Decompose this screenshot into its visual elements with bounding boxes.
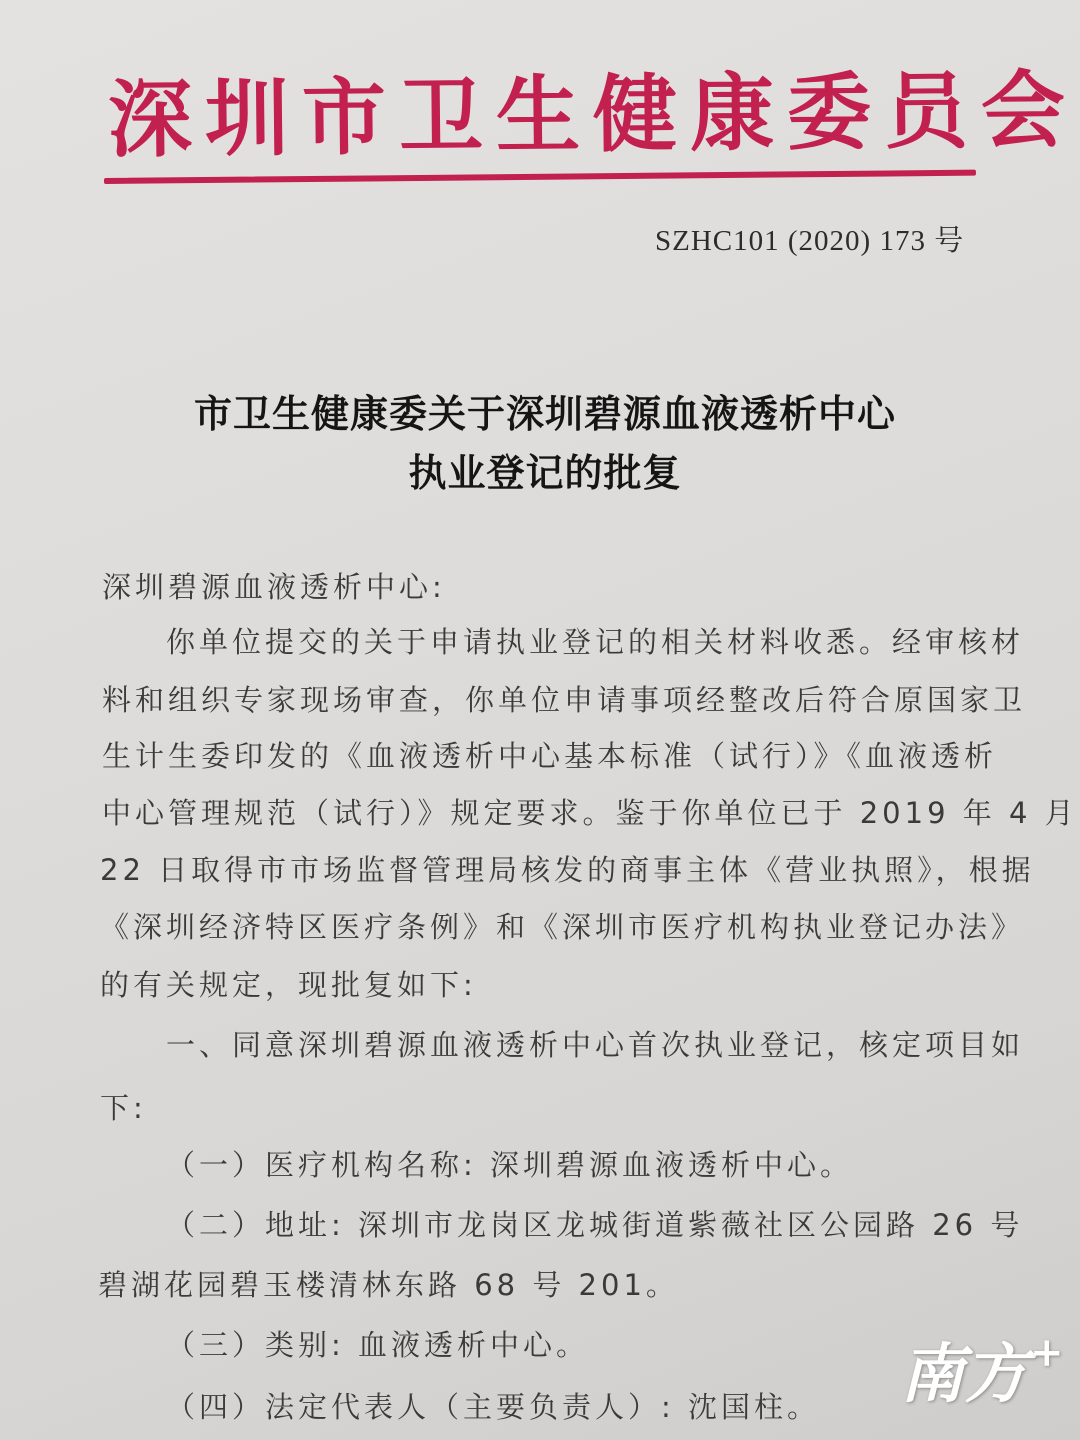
plus-icon: + [1030, 1329, 1064, 1376]
body-line: 的有关规定，现批复如下: [100, 965, 477, 1005]
body-line: 22 日取得市市场监督管理局核发的商事主体《营业执照》，根据 [100, 850, 1035, 890]
watermark-text: 南方 [900, 1337, 1028, 1412]
body-line: 中心管理规范（试行）》规定要求。鉴于你单位已于 2019 年 4 月 [102, 793, 1078, 833]
document-title-line-2: 执业登记的批复 [100, 442, 990, 497]
nanfang-plus-watermark-logo: 南方+ [900, 1305, 1060, 1400]
body-line: 下: [100, 1088, 147, 1128]
document-title-line-1: 市卫生健康委关于深圳碧源血液透析中心 [100, 383, 990, 438]
body-line: 料和组织专家现场审查，你单位申请事项经整改后符合原国家卫 [102, 680, 1026, 720]
approval-item-1: 一、同意深圳碧源血液透析中心首次执业登记，核定项目如 [166, 1025, 1024, 1065]
category-item: （三）类别: 血液透析中心。 [166, 1325, 589, 1365]
address-continuation: 碧湖花园碧玉楼清林东路 68 号 201。 [98, 1265, 679, 1305]
institution-name-item: （一）医疗机构名称: 深圳碧源血液透析中心。 [166, 1145, 853, 1185]
salutation: 深圳碧源血液透析中心: [102, 567, 446, 607]
organization-masthead: 深圳市卫生健康委员会 [107, 61, 978, 170]
red-divider-line [104, 170, 976, 184]
address-item: （二）地址: 深圳市龙岗区龙城街道紫薇社区公园路 26 号 [166, 1205, 1023, 1245]
legal-representative-item: （四）法定代表人（主要负责人）: 沈国柱。 [166, 1387, 820, 1427]
document-page: 深圳市卫生健康委员会 SZHC101 (2020) 173 号 市卫生健康委关于… [0, 0, 1080, 1440]
body-line: 《深圳经济特区医疗条例》和《深圳市医疗机构执业登记办法》 [100, 907, 1024, 947]
body-line: 生计生委印发的《血液透析中心基本标准（试行）》《血液透析 [102, 736, 997, 776]
document-number: SZHC101 (2020) 173 号 [655, 218, 964, 259]
body-line: 你单位提交的关于申请执业登记的相关材料收悉。经审核材 [166, 622, 1024, 662]
